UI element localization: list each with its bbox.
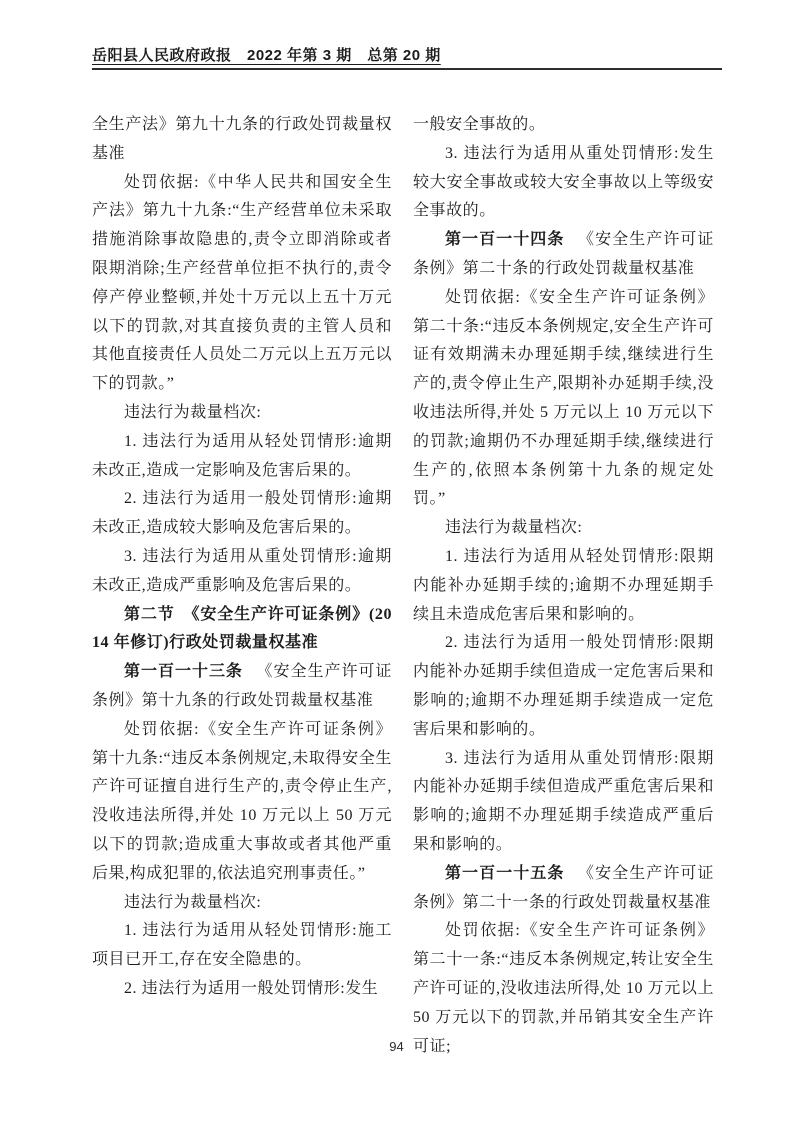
article-number: 第一百一十四条	[445, 231, 564, 248]
right-column: 一般安全事故的。3. 违法行为适用从重处罚情形:发生较大安全事故或较大安全事故以…	[413, 111, 714, 1061]
page-footer: 94	[0, 1038, 793, 1056]
article-paragraph: 第一百一十三条《安全生产许可证条例》第十九条的行政处罚裁量权基准	[92, 658, 392, 716]
article-number: 第一百一十三条	[124, 663, 243, 680]
paragraph: 全生产法》第九十九条的行政处罚裁量权基准	[92, 111, 392, 169]
paragraph: 1. 违法行为适用从轻处罚情形:施工项目已开工,存在安全隐患的。	[92, 917, 392, 975]
paragraph: 违法行为裁量档次:	[92, 889, 392, 918]
paragraph: 2. 违法行为适用一般处罚情形:限期内能补办延期手续但造成一定危害后果和影响的;…	[413, 629, 714, 744]
paragraph: 违法行为裁量档次:	[413, 514, 714, 543]
paragraph: 3. 违法行为适用从重处罚情形:限期内能补办延期手续但造成严重危害后果和影响的;…	[413, 745, 714, 860]
paragraph: 1. 违法行为适用从轻处罚情形:逾期未改正,造成一定影响及危害后果的。	[92, 428, 392, 486]
paragraph: 违法行为裁量档次:	[92, 399, 392, 428]
article-paragraph: 第一百一十五条《安全生产许可证条例》第二十一条的行政处罚裁量权基准	[413, 860, 714, 918]
paragraph: 2. 违法行为适用一般处罚情形:发生	[92, 975, 392, 1004]
paragraph: 3. 违法行为适用从重处罚情形:逾期未改正,造成严重影响及危害后果的。	[92, 543, 392, 601]
gazette-page: 岳阳县人民政府政报 2022 年第 3 期 总第 20 期 全生产法》第九十九条…	[0, 0, 793, 1122]
paragraph: 3. 违法行为适用从重处罚情形:发生较大安全事故或较大安全事故以上等级安全事故的…	[413, 140, 714, 226]
paragraph: 处罚依据:《安全生产许可证条例》第十九条:“违反本条例规定,未取得安全生产许可证…	[92, 716, 392, 889]
paragraph: 处罚依据:《中华人民共和国安全生产法》第九十九条:“生产经营单位未采取措施消除事…	[92, 169, 392, 399]
page-header: 岳阳县人民政府政报 2022 年第 3 期 总第 20 期	[92, 44, 722, 70]
page-number: 94	[389, 1039, 403, 1054]
paragraph: 1. 违法行为适用从轻处罚情形:限期内能补办延期手续的;逾期不办理延期手续且未造…	[413, 543, 714, 629]
article-number: 第一百一十五条	[445, 865, 564, 882]
document-body: 全生产法》第九十九条的行政处罚裁量权基准处罚依据:《中华人民共和国安全生产法》第…	[92, 111, 714, 1061]
article-paragraph: 第一百一十四条《安全生产许可证条例》第二十条的行政处罚裁量权基准	[413, 226, 714, 284]
left-column: 全生产法》第九十九条的行政处罚裁量权基准处罚依据:《中华人民共和国安全生产法》第…	[92, 111, 392, 1061]
gazette-header-title: 岳阳县人民政府政报 2022 年第 3 期 总第 20 期	[92, 47, 441, 64]
paragraph: 处罚依据:《安全生产许可证条例》第二十条:“违反本条例规定,安全生产许可证有效期…	[413, 284, 714, 514]
paragraph: 2. 违法行为适用一般处罚情形:逾期未改正,造成较大影响及危害后果的。	[92, 485, 392, 543]
paragraph: 一般安全事故的。	[413, 111, 714, 140]
section-heading: 第二节 《安全生产许可证条例》(2014 年修订)行政处罚裁量权基准	[92, 601, 392, 659]
